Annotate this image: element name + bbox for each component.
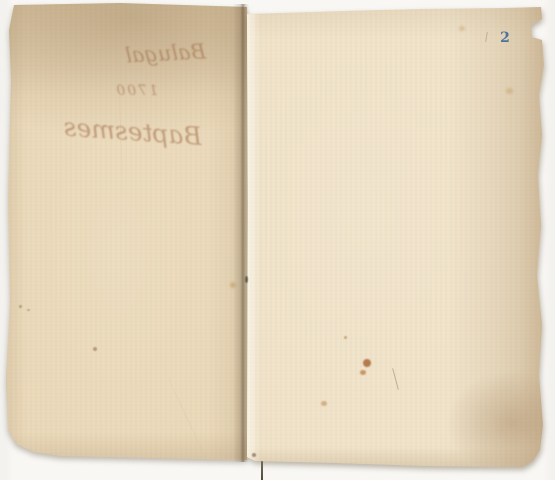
paper-texture <box>245 5 548 471</box>
folio-number: 2 <box>496 30 514 46</box>
book-scan-canvas: Balugal 1700 Baptesmes 2 <box>0 0 555 480</box>
right-page: 2 <box>245 5 548 471</box>
right-page-wrapper: 2 <box>0 0 555 480</box>
